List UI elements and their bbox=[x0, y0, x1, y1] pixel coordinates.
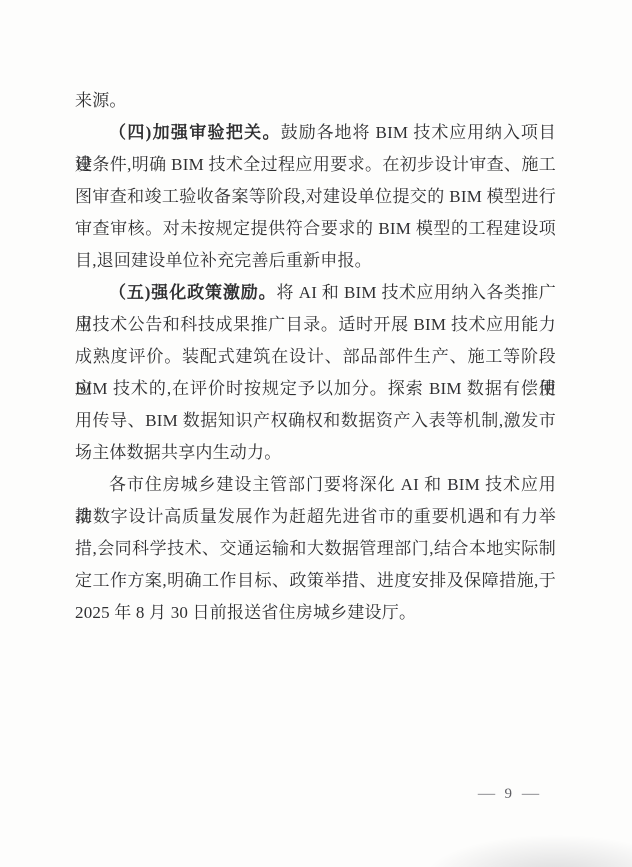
text-line: 目,退回建设单位补充完善后重新申报。 bbox=[75, 245, 556, 277]
scan-shadow-bottom-right bbox=[412, 831, 632, 867]
document-page: 来源。（四)加强审验把关。鼓励各地将 BIM 技术应用纳入项目建设条件,明确 B… bbox=[0, 0, 632, 867]
text-segment: 审查审核。对未按规定提供符合要求的 BIM 模型的工程建设项 bbox=[75, 219, 556, 238]
footer-dash-right: — bbox=[522, 785, 539, 803]
text-line: （五)强化政策激励。将 AI 和 BIM 技术应用纳入各类推广应 bbox=[75, 277, 556, 309]
footer-dash-left: — bbox=[477, 785, 494, 803]
page-footer: —9— bbox=[0, 785, 538, 803]
text-line: 设条件,明确 BIM 技术全过程应用要求。在初步设计审查、施工 bbox=[75, 149, 556, 181]
text-segment: 设条件,明确 BIM 技术全过程应用要求。在初步设计审查、施工 bbox=[75, 155, 556, 174]
text-line: 用传导、BIM 数据知识产权确权和数据资产入表等机制,激发市 bbox=[75, 405, 556, 437]
text-line: BIM 技术的,在评价时按规定予以加分。探索 BIM 数据有偿使 bbox=[75, 373, 556, 405]
text-segment: 来源。 bbox=[75, 91, 127, 110]
text-line: 用技术公告和科技成果推广目录。适时开展 BIM 技术应用能力 bbox=[75, 309, 556, 341]
text-line: 2025 年 8 月 30 日前报送省住房城乡建设厅。 bbox=[75, 597, 556, 629]
text-line: 成熟度评价。装配式建筑在设计、部品部件生产、施工等阶段应用 bbox=[75, 341, 556, 373]
page-number: 9 bbox=[505, 785, 513, 803]
text-line: 动数字设计高质量发展作为赶超先进省市的重要机遇和有力举 bbox=[75, 501, 556, 533]
clause-heading: （四)加强审验把关。 bbox=[109, 123, 281, 142]
text-segment: 图审查和竣工验收备案等阶段,对建设单位提交的 BIM 模型进行 bbox=[75, 187, 556, 206]
text-line: 措,会同科学技术、交通运输和大数据管理部门,结合本地实际制 bbox=[75, 533, 556, 565]
text-segment: 用传导、BIM 数据知识产权确权和数据资产入表等机制,激发市 bbox=[75, 411, 556, 430]
text-line: 场主体数据共享内生动力。 bbox=[75, 437, 556, 469]
text-segment: 2025 年 8 月 30 日前报送省住房城乡建设厅。 bbox=[75, 603, 416, 622]
text-line: 来源。 bbox=[75, 85, 556, 117]
text-line: 定工作方案,明确工作目标、政策举措、进度安排及保障措施,于 bbox=[75, 565, 556, 597]
text-segment: 用技术公告和科技成果推广目录。适时开展 BIM 技术应用能力 bbox=[75, 315, 556, 334]
clause-heading: （五)强化政策激励。 bbox=[109, 283, 277, 302]
text-segment: 定工作方案,明确工作目标、政策举措、进度安排及保障措施,于 bbox=[75, 571, 556, 590]
text-line: 图审查和竣工验收备案等阶段,对建设单位提交的 BIM 模型进行 bbox=[75, 181, 556, 213]
text-line: 各市住房城乡建设主管部门要将深化 AI 和 BIM 技术应用推 bbox=[75, 469, 556, 501]
text-segment: 动数字设计高质量发展作为赶超先进省市的重要机遇和有力举 bbox=[75, 507, 556, 526]
text-segment: 场主体数据共享内生动力。 bbox=[75, 443, 281, 462]
text-line: （四)加强审验把关。鼓励各地将 BIM 技术应用纳入项目建 bbox=[75, 117, 556, 149]
text-segment: BIM 技术的,在评价时按规定予以加分。探索 BIM 数据有偿使 bbox=[75, 379, 556, 398]
text-segment: 目,退回建设单位补充完善后重新申报。 bbox=[75, 251, 372, 270]
body-text: 来源。（四)加强审验把关。鼓励各地将 BIM 技术应用纳入项目建设条件,明确 B… bbox=[75, 85, 556, 629]
text-segment: 措,会同科学技术、交通运输和大数据管理部门,结合本地实际制 bbox=[75, 539, 556, 558]
text-line: 审查审核。对未按规定提供符合要求的 BIM 模型的工程建设项 bbox=[75, 213, 556, 245]
